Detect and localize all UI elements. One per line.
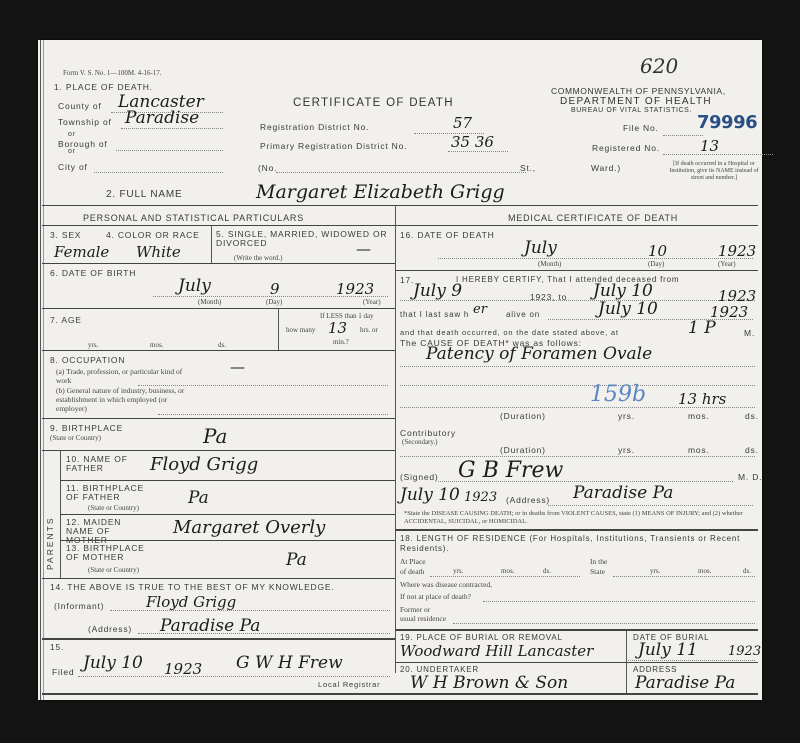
last-saw-label: that I last saw h <box>400 310 469 319</box>
attended-to: July 10 <box>593 281 653 301</box>
or-label: or <box>68 148 76 155</box>
certificate-title: CERTIFICATE OF DEATH <box>293 97 454 109</box>
sex-label: 3. SEX <box>50 230 81 240</box>
sex-value: Female <box>54 243 109 261</box>
county-label: County of <box>58 101 102 111</box>
occupation-label: 8. OCCUPATION <box>50 355 125 365</box>
race-value: White <box>136 243 181 261</box>
hospital-note: [If death occurred in a Hospital or Inst… <box>668 161 760 182</box>
time-of-death: 1 P <box>688 318 716 338</box>
primary-reg-label: Primary Registration District No. <box>260 141 407 151</box>
file-no-label: File No. <box>623 123 659 133</box>
cause-value: Patency of Foramen Ovale <box>426 344 652 364</box>
filed-section-number: 15. <box>50 642 64 652</box>
parents-label: PARENTS <box>45 516 55 570</box>
cause-code: 159b <box>590 382 646 407</box>
dod-day: 10 <box>648 242 667 260</box>
month-hint: (Month) <box>538 260 561 268</box>
agency-line1: COMMONWEALTH OF PENNSYLVANIA, <box>551 86 726 96</box>
dob-label: 6. DATE OF BIRTH <box>50 268 136 278</box>
full-name-value: Margaret Elizabeth Grigg <box>256 181 505 203</box>
filed-date: July 10 <box>83 653 143 673</box>
usual-residence-label: usual residence <box>400 614 446 623</box>
informant-address-value: Paradise Pa <box>160 616 260 636</box>
marital-value: — <box>356 240 371 258</box>
sign-date: July 10 <box>400 485 460 505</box>
from-year: 1923, to <box>530 292 567 302</box>
day-hint: (Day) <box>266 298 282 306</box>
sign-year: 1923 <box>464 490 497 505</box>
primary-reg-value: 35 36 <box>451 133 494 151</box>
duration-value: 13 hrs <box>678 390 726 408</box>
last-saw-pronoun: er <box>473 302 487 317</box>
occupation-a-value: — <box>230 358 245 376</box>
full-name-label: 2. FULL NAME <box>106 189 182 200</box>
secondary-label: (Secondary.) <box>402 438 438 446</box>
burial-place-value: Woodward Hill Lancaster <box>400 642 593 660</box>
filed-year: 1923 <box>164 660 202 678</box>
yrs-label: yrs. <box>618 445 635 455</box>
informant-label: (Informant) <box>54 601 104 611</box>
mos-label: mos. <box>688 445 710 455</box>
dod-label: 16. DATE OF DEATH <box>400 230 495 240</box>
physician-signature: G B Frew <box>458 458 563 483</box>
registered-number: 13 <box>700 137 719 155</box>
year-hint: (Year) <box>718 260 736 268</box>
age-yrs-label: yrs. <box>88 341 98 349</box>
race-label: 4. COLOR OR RACE <box>106 230 200 240</box>
birthplace-value: Pa <box>203 424 227 448</box>
personal-section-title: PERSONAL AND STATISTICAL PARTICULARS <box>83 213 304 223</box>
residence-label: 18. LENGTH OF RESIDENCE (For Hospitals, … <box>400 534 755 554</box>
state-country-hint: (State or Country) <box>50 434 101 442</box>
duration-label: (Duration) <box>500 445 546 455</box>
meridiem-label: M. <box>744 328 755 338</box>
father-birthplace-label: 11. BIRTHPLACE OF FATHER <box>66 484 146 502</box>
physician-address-label: (Address) <box>506 495 550 505</box>
registrar-signature: G W H Frew <box>236 653 343 673</box>
knowledge-statement: 14. THE ABOVE IS TRUE TO THE BEST OF MY … <box>50 582 335 592</box>
street-label: St., <box>520 163 536 173</box>
yrs-label: yrs. <box>618 411 635 421</box>
day-hint: (Day) <box>648 260 664 268</box>
undertaker-value: W H Brown & Son <box>410 673 568 693</box>
dob-year: 1923 <box>336 280 374 298</box>
filed-label: Filed <box>52 667 74 677</box>
informant-value: Floyd Grigg <box>146 593 236 611</box>
reg-district-value: 57 <box>453 114 472 132</box>
ward-label: Ward.) <box>591 163 621 173</box>
age-ds-label: ds. <box>218 341 226 349</box>
how-many-label: how many <box>286 326 315 334</box>
ds-label: ds. <box>745 411 759 421</box>
age-hours: 13 <box>328 319 347 337</box>
mother-name-value: Margaret Overly <box>173 517 325 538</box>
file-number: 79996 <box>697 112 757 133</box>
death-certificate: Form V. S. No. 1—100M. 4-16-17. 1. PLACE… <box>38 40 762 700</box>
borough-label: Borough of <box>58 139 108 149</box>
or-label: or <box>68 131 76 138</box>
father-birthplace-value: Pa <box>188 488 209 508</box>
occupation-a-label: (a) Trade, profession, or particular kin… <box>56 367 196 385</box>
medical-section-title: MEDICAL CERTIFICATE OF DEATH <box>508 213 678 223</box>
duration-label: (Duration) <box>500 411 546 421</box>
father-name-label: 10. NAME OF FATHER <box>66 455 136 473</box>
where-contracted-label: Where was disease contracted, <box>400 580 492 589</box>
min-label: min.? <box>333 338 349 346</box>
signed-label: (Signed) <box>400 472 439 482</box>
ds-label: ds. <box>745 445 759 455</box>
dod-year: 1923 <box>718 242 756 260</box>
reg-district-label: Registration District No. <box>260 122 369 132</box>
md-label: M. D. <box>738 472 762 482</box>
township-label: Township of <box>58 117 112 127</box>
father-name-value: Floyd Grigg <box>150 454 258 475</box>
mos-label: mos. <box>698 567 711 575</box>
agency-line3: BUREAU OF VITAL STATISTICS. <box>571 107 692 114</box>
month-hint: (Month) <box>198 298 221 306</box>
physician-address-value: Paradise Pa <box>573 483 673 503</box>
occurred-text: and that death occurred, on the date sta… <box>400 328 619 337</box>
city-label: City of <box>58 162 88 172</box>
agency-line2: DEPARTMENT OF HEALTH <box>560 96 712 107</box>
dod-month: July <box>524 238 557 258</box>
state-country-hint: (State or Country) <box>88 566 139 574</box>
in-the-label: In the <box>590 557 607 566</box>
registrar-label: Local Registrar <box>318 680 380 689</box>
undertaker-address-value: Paradise Pa <box>635 673 735 693</box>
ds-label: ds. <box>543 567 551 575</box>
occupation-b-label: (b) General nature of industry, business… <box>56 386 194 413</box>
burial-date-value: July 11 <box>638 640 698 660</box>
corner-number: 620 <box>640 54 678 78</box>
burial-year-value: 1923 <box>728 644 761 659</box>
mother-birthplace-value: Pa <box>286 550 307 570</box>
street-no-label: (No. <box>258 163 277 173</box>
state-label: State <box>590 567 605 576</box>
age-mos-label: mos. <box>150 341 163 349</box>
township-value: Paradise <box>125 108 199 128</box>
marital-hint: (Write the word.) <box>234 254 283 262</box>
alive-on-label: alive on <box>506 310 540 319</box>
yrs-label: yrs. <box>650 567 660 575</box>
form-number: Form V. S. No. 1—100M. 4-16-17. <box>63 69 162 77</box>
state-country-hint: (State or Country) <box>88 504 139 512</box>
of-death-label: of death <box>400 567 424 576</box>
mos-label: mos. <box>501 567 514 575</box>
birthplace-label: 9. BIRTHPLACE <box>50 423 123 433</box>
informant-address-label: (Address) <box>88 624 132 634</box>
place-of-death-label: 1. PLACE OF DEATH. <box>54 82 153 92</box>
contributory-label: Contributory <box>400 428 456 438</box>
alive-date: July 10 <box>598 299 658 319</box>
yrs-label: yrs. <box>453 567 463 575</box>
at-place-label: At Place <box>400 557 426 566</box>
former-label: Former or <box>400 605 430 614</box>
mother-birthplace-label: 13. BIRTHPLACE OF MOTHER <box>66 544 146 562</box>
attended-from: July 9 <box>413 281 462 301</box>
burial-place-label: 19. PLACE OF BURIAL OR REMOVAL <box>400 633 563 642</box>
cause-footnote: *State the DISEASE CAUSING DEATH; or in … <box>404 510 756 526</box>
ds-label: ds. <box>743 567 751 575</box>
age-label: 7. AGE <box>50 315 82 325</box>
if-not-label: If not at place of death? <box>400 592 471 601</box>
dob-month: July <box>178 276 211 296</box>
hrs-label: hrs. or <box>360 326 378 334</box>
mos-label: mos. <box>688 411 710 421</box>
year-hint: (Year) <box>363 298 381 306</box>
dob-day: 9 <box>270 280 280 298</box>
registered-no-label: Registered No. <box>592 143 660 153</box>
